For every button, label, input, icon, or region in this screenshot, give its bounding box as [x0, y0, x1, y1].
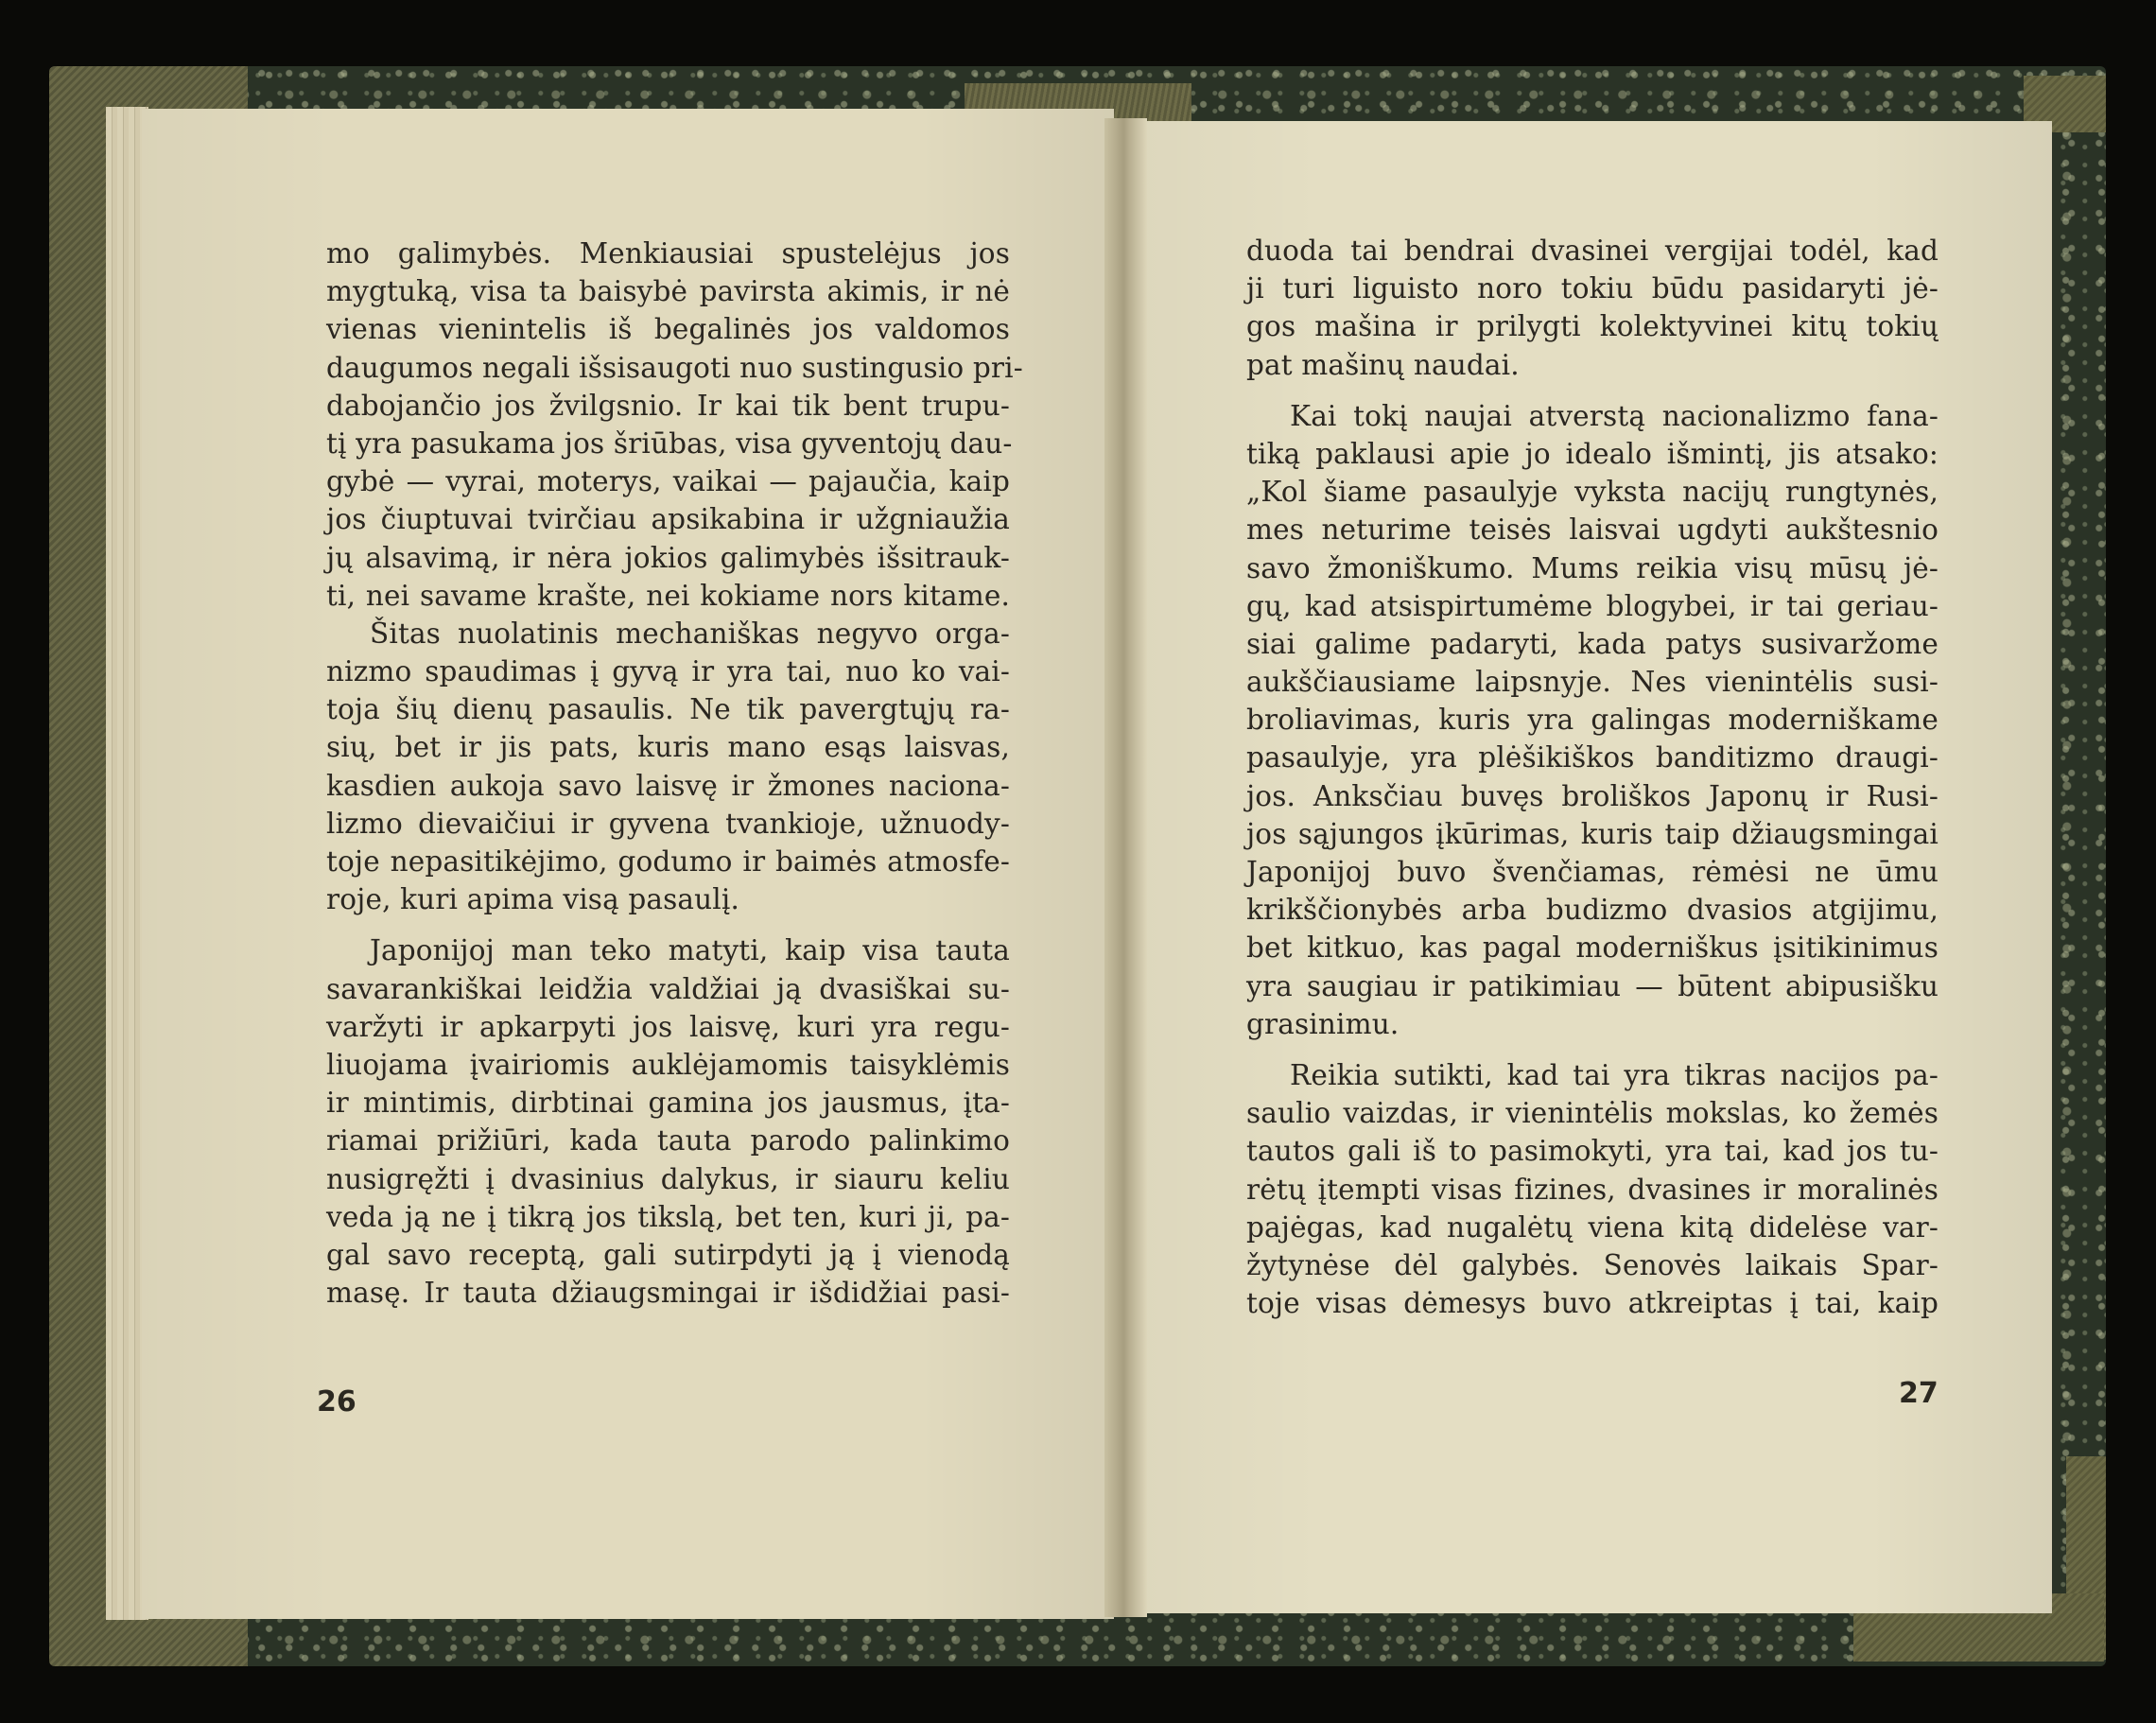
text-line: toje visas dėmesys buvo atkreiptas į tai…	[1246, 1284, 1939, 1322]
text-line: ti, nei savame krašte, nei kokiame nors …	[326, 577, 1010, 615]
text-line: siai galime padaryti, kada patys susivar…	[1246, 625, 1939, 663]
text-line: saulio vaizdas, ir vienintėlis mokslas, …	[1246, 1094, 1939, 1132]
text-line: savarankiškai leidžia valdžiai ją dvasiš…	[326, 970, 1010, 1008]
text-line: yra saugiau ir patikimiau — būtent abipu…	[1246, 967, 1939, 1005]
text-line: broliavimas, kuris yra galingas moderniš…	[1246, 701, 1939, 739]
text-line: riamai prižiūri, kada tauta parodo palin…	[326, 1122, 1010, 1159]
text-line: toja šių dienų pasaulis. Ne tik pavergtų…	[326, 690, 1010, 728]
text-line: pat mašinų naudai.	[1246, 346, 1939, 384]
text-line: ir mintimis, dirbtinai gamina jos jausmu…	[326, 1084, 1010, 1122]
book-gutter	[1104, 118, 1147, 1617]
text-line: pajėgas, kad nugalėtų viena kitą didelės…	[1246, 1209, 1939, 1246]
text-line: mygtuką, visa ta baisybė pavirsta akimis…	[326, 272, 1010, 310]
text-line: mes neturime teisės laisvai ugdyti aukšt…	[1246, 511, 1939, 548]
text-line: savo žmoniškumo. Mums reikia visų mūsų j…	[1246, 549, 1939, 587]
text-line: Japonijoj man teko matyti, kaip visa tau…	[326, 931, 1010, 969]
text-line: gų, kad atsispirtumėme blogybei, ir tai …	[1246, 587, 1939, 625]
text-line: jos. Anksčiau buvęs broliškos Japonų ir …	[1246, 777, 1939, 815]
text-line: žytynėse dėl galybės. Senovės laikais Sp…	[1246, 1246, 1939, 1284]
text-line: krikščionybės arba budizmo dvasios atgij…	[1246, 891, 1939, 929]
text-line: grasinimu.	[1246, 1005, 1939, 1043]
text-line: jų alsavimą, ir nėra jokios galimybės iš…	[326, 539, 1010, 577]
text-line: Japonijoj buvo švenčiamas, rėmėsi ne ūmu	[1246, 853, 1939, 891]
text-line: gos mašina ir prilygti kolektyvinei kitų…	[1246, 307, 1939, 345]
text-line: tautos gali iš to pasimokyti, yra tai, k…	[1246, 1132, 1939, 1170]
text-line: Kai tokį naujai atverstą nacionalizmo fa…	[1246, 397, 1939, 435]
right-page-text: duoda tai bendrai dvasinei vergijai todė…	[1246, 232, 1939, 1322]
text-line: masę. Ir tauta džiaugsmingai ir išdidžia…	[326, 1274, 1010, 1312]
text-line: Šitas nuolatinis mechaniškas negyvo orga…	[326, 615, 1010, 653]
text-line: varžyti ir apkarpyti jos laisvę, kuri yr…	[326, 1008, 1010, 1046]
text-line: nusigręžti į dvasinius dalykus, ir siaur…	[326, 1160, 1010, 1198]
text-line: „Kol šiame pasaulyje vyksta nacijų rungt…	[1246, 473, 1939, 511]
text-line: liuojama įvairiomis auklėjamomis taisykl…	[326, 1046, 1010, 1084]
text-line: rėtų įtempti visas fizines, dvasines ir …	[1246, 1171, 1939, 1209]
text-line: toje nepasitikėjimo, godumo ir baimės at…	[326, 843, 1010, 880]
text-line: lizmo dievaičiui ir gyvena tvankioje, už…	[326, 805, 1010, 843]
text-line: mo galimybės. Menkiausiai spustelėjus jo…	[326, 235, 1010, 272]
text-line: duoda tai bendrai dvasinei vergijai todė…	[1246, 232, 1939, 270]
text-line: Reikia sutikti, kad tai yra tikras nacij…	[1246, 1056, 1939, 1094]
text-line: nizmo spaudimas į gyvą ir yra tai, nuo k…	[326, 653, 1010, 690]
text-line: jos čiuptuvai tvirčiau apsikabina ir užg…	[326, 500, 1010, 538]
text-line: tį yra pasukama jos šriūbas, visa gyvent…	[326, 425, 1010, 462]
text-line: veda ją ne į tikrą jos tikslą, bet ten, …	[326, 1198, 1010, 1236]
text-line: gybė — vyrai, moterys, vaikai — pajaučia…	[326, 462, 1010, 500]
text-line: jos sąjungos įkūrimas, kuris taip džiaug…	[1246, 815, 1939, 853]
text-line: bet kitkuo, kas pagal moderniškus įsitik…	[1246, 929, 1939, 966]
page-number-left: 26	[317, 1385, 356, 1418]
text-line: ji turi liguisto noro tokiu būdu pasidar…	[1246, 270, 1939, 307]
text-line: aukščiausiame laipsnyje. Nes vienintėlis…	[1246, 663, 1939, 701]
text-line: roje, kuri apima visą pasaulį.	[326, 880, 1010, 918]
text-line: dabojančio jos žvilgsnio. Ir kai tik ben…	[326, 387, 1010, 425]
left-page-text: mo galimybės. Menkiausiai spustelėjus jo…	[326, 235, 1010, 1312]
text-line: kasdien aukoja savo laisvę ir žmones nac…	[326, 767, 1010, 805]
text-line: daugumos negali išsisaugoti nuo sustingu…	[326, 349, 1010, 387]
text-line: vienas vienintelis iš begalinės jos vald…	[326, 310, 1010, 348]
text-line: tiką paklausi apie jo idealo išmintį, ji…	[1246, 435, 1939, 473]
page-number-right: 27	[1899, 1377, 1939, 1410]
text-line: sių, bet ir jis pats, kuris mano esąs la…	[326, 728, 1010, 766]
text-line: pasaulyje, yra plėšikiškos banditizmo dr…	[1246, 739, 1939, 776]
text-line: gal savo receptą, gali sutirpdyti ją į v…	[326, 1236, 1010, 1274]
